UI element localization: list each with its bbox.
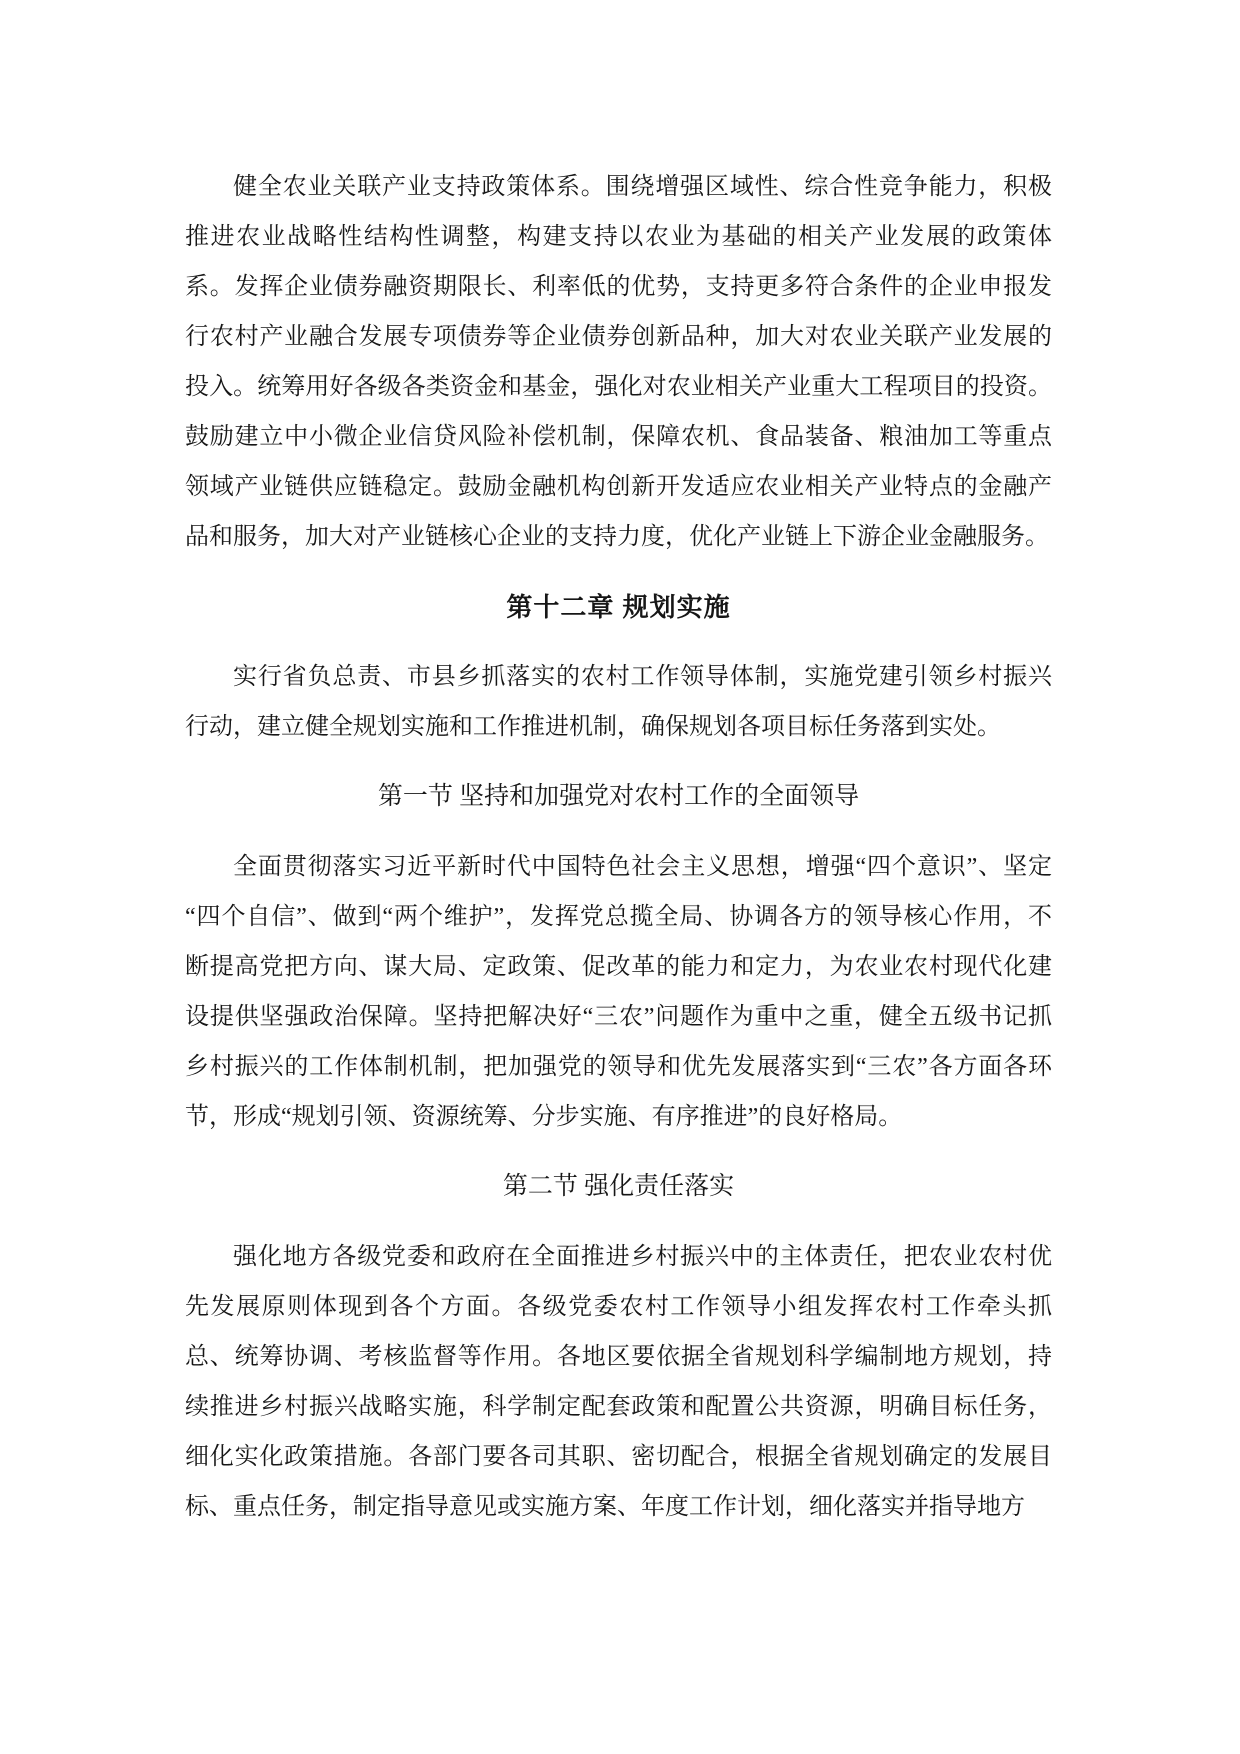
text-line: 细化实化政策措施。各部门要各司其职、密切配合，根据全省规划确定的发展目 [185,1432,1052,1482]
text-line: 标、重点任务，制定指导意见或实施方案、年度工作计划，细化落实并指导地方 [185,1482,1052,1532]
text-line: 先发展原则体现到各个方面。各级党委农村工作领导小组发挥农村工作牵头抓 [185,1282,1052,1332]
text-line: 节，形成“规划引领、资源统筹、分步实施、有序推进”的良好格局。 [185,1092,1052,1142]
text-line: “四个自信”、做到“两个维护”，发挥党总揽全局、协调各方的领导核心作用，不 [185,892,1052,942]
text-line: 系。发挥企业债券融资期限长、利率低的优势，支持更多符合条件的企业申报发 [185,262,1052,312]
text-line: 鼓励建立中小微企业信贷风险补偿机制，保障农机、食品装备、粮油加工等重点 [185,412,1052,462]
text-line: 断提高党把方向、谋大局、定政策、促改革的能力和定力，为农业农村现代化建 [185,942,1052,992]
text-line: 投入。统筹用好各级各类资金和基金，强化对农业相关产业重大工程项目的投资。 [185,362,1052,412]
text-line: 设提供坚强政治保障。坚持把解决好“三农”问题作为重中之重，健全五级书记抓 [185,992,1052,1042]
section-heading-2: 第二节 强化责任落实 [185,1162,1052,1212]
text-line: 续推进乡村振兴战略实施，科学制定配套政策和配置公共资源，明确目标任务， [185,1382,1052,1432]
text-line: 领域产业链供应链稳定。鼓励金融机构创新开发适应农业相关产业特点的金融产 [185,462,1052,512]
text-line: 总、统筹协调、考核监督等作用。各地区要依据全省规划科学编制地方规划，持 [185,1332,1052,1382]
document-page: 健全农业关联产业支持政策体系。围绕增强区域性、综合性竞争能力，积极推进农业战略性… [0,0,1240,1754]
text-line: 实行省负总责、市县乡抓落实的农村工作领导体制，实施党建引领乡村振兴 [185,652,1052,702]
chapter-heading: 第十二章 规划实施 [185,582,1052,632]
text-line: 品和服务，加大对产业链核心企业的支持力度，优化产业链上下游企业金融服务。 [185,512,1052,562]
text-line: 乡村振兴的工作体制机制，把加强党的领导和优先发展落实到“三农”各方面各环 [185,1042,1052,1092]
paragraph-section-1: 全面贯彻落实习近平新时代中国特色社会主义思想，增强“四个意识”、坚定“四个自信”… [185,842,1052,1142]
paragraph-section-2: 强化地方各级党委和政府在全面推进乡村振兴中的主体责任，把农业农村优先发展原则体现… [185,1232,1052,1532]
text-line: 全面贯彻落实习近平新时代中国特色社会主义思想，增强“四个意识”、坚定 [185,842,1052,892]
text-line: 行农村产业融合发展专项债券等企业债券创新品种，加大对农业关联产业发展的 [185,312,1052,362]
section-heading-1: 第一节 坚持和加强党对农村工作的全面领导 [185,772,1052,822]
paragraph-chapter-lead: 实行省负总责、市县乡抓落实的农村工作领导体制，实施党建引领乡村振兴行动，建立健全… [185,652,1052,752]
paragraph-agriculture-policy: 健全农业关联产业支持政策体系。围绕增强区域性、综合性竞争能力，积极推进农业战略性… [185,162,1052,562]
text-line: 健全农业关联产业支持政策体系。围绕增强区域性、综合性竞争能力，积极 [185,162,1052,212]
text-line: 强化地方各级党委和政府在全面推进乡村振兴中的主体责任，把农业农村优 [185,1232,1052,1282]
text-line: 推进农业战略性结构性调整，构建支持以农业为基础的相关产业发展的政策体 [185,212,1052,262]
text-line: 行动，建立健全规划实施和工作推进机制，确保规划各项目标任务落到实处。 [185,702,1052,752]
